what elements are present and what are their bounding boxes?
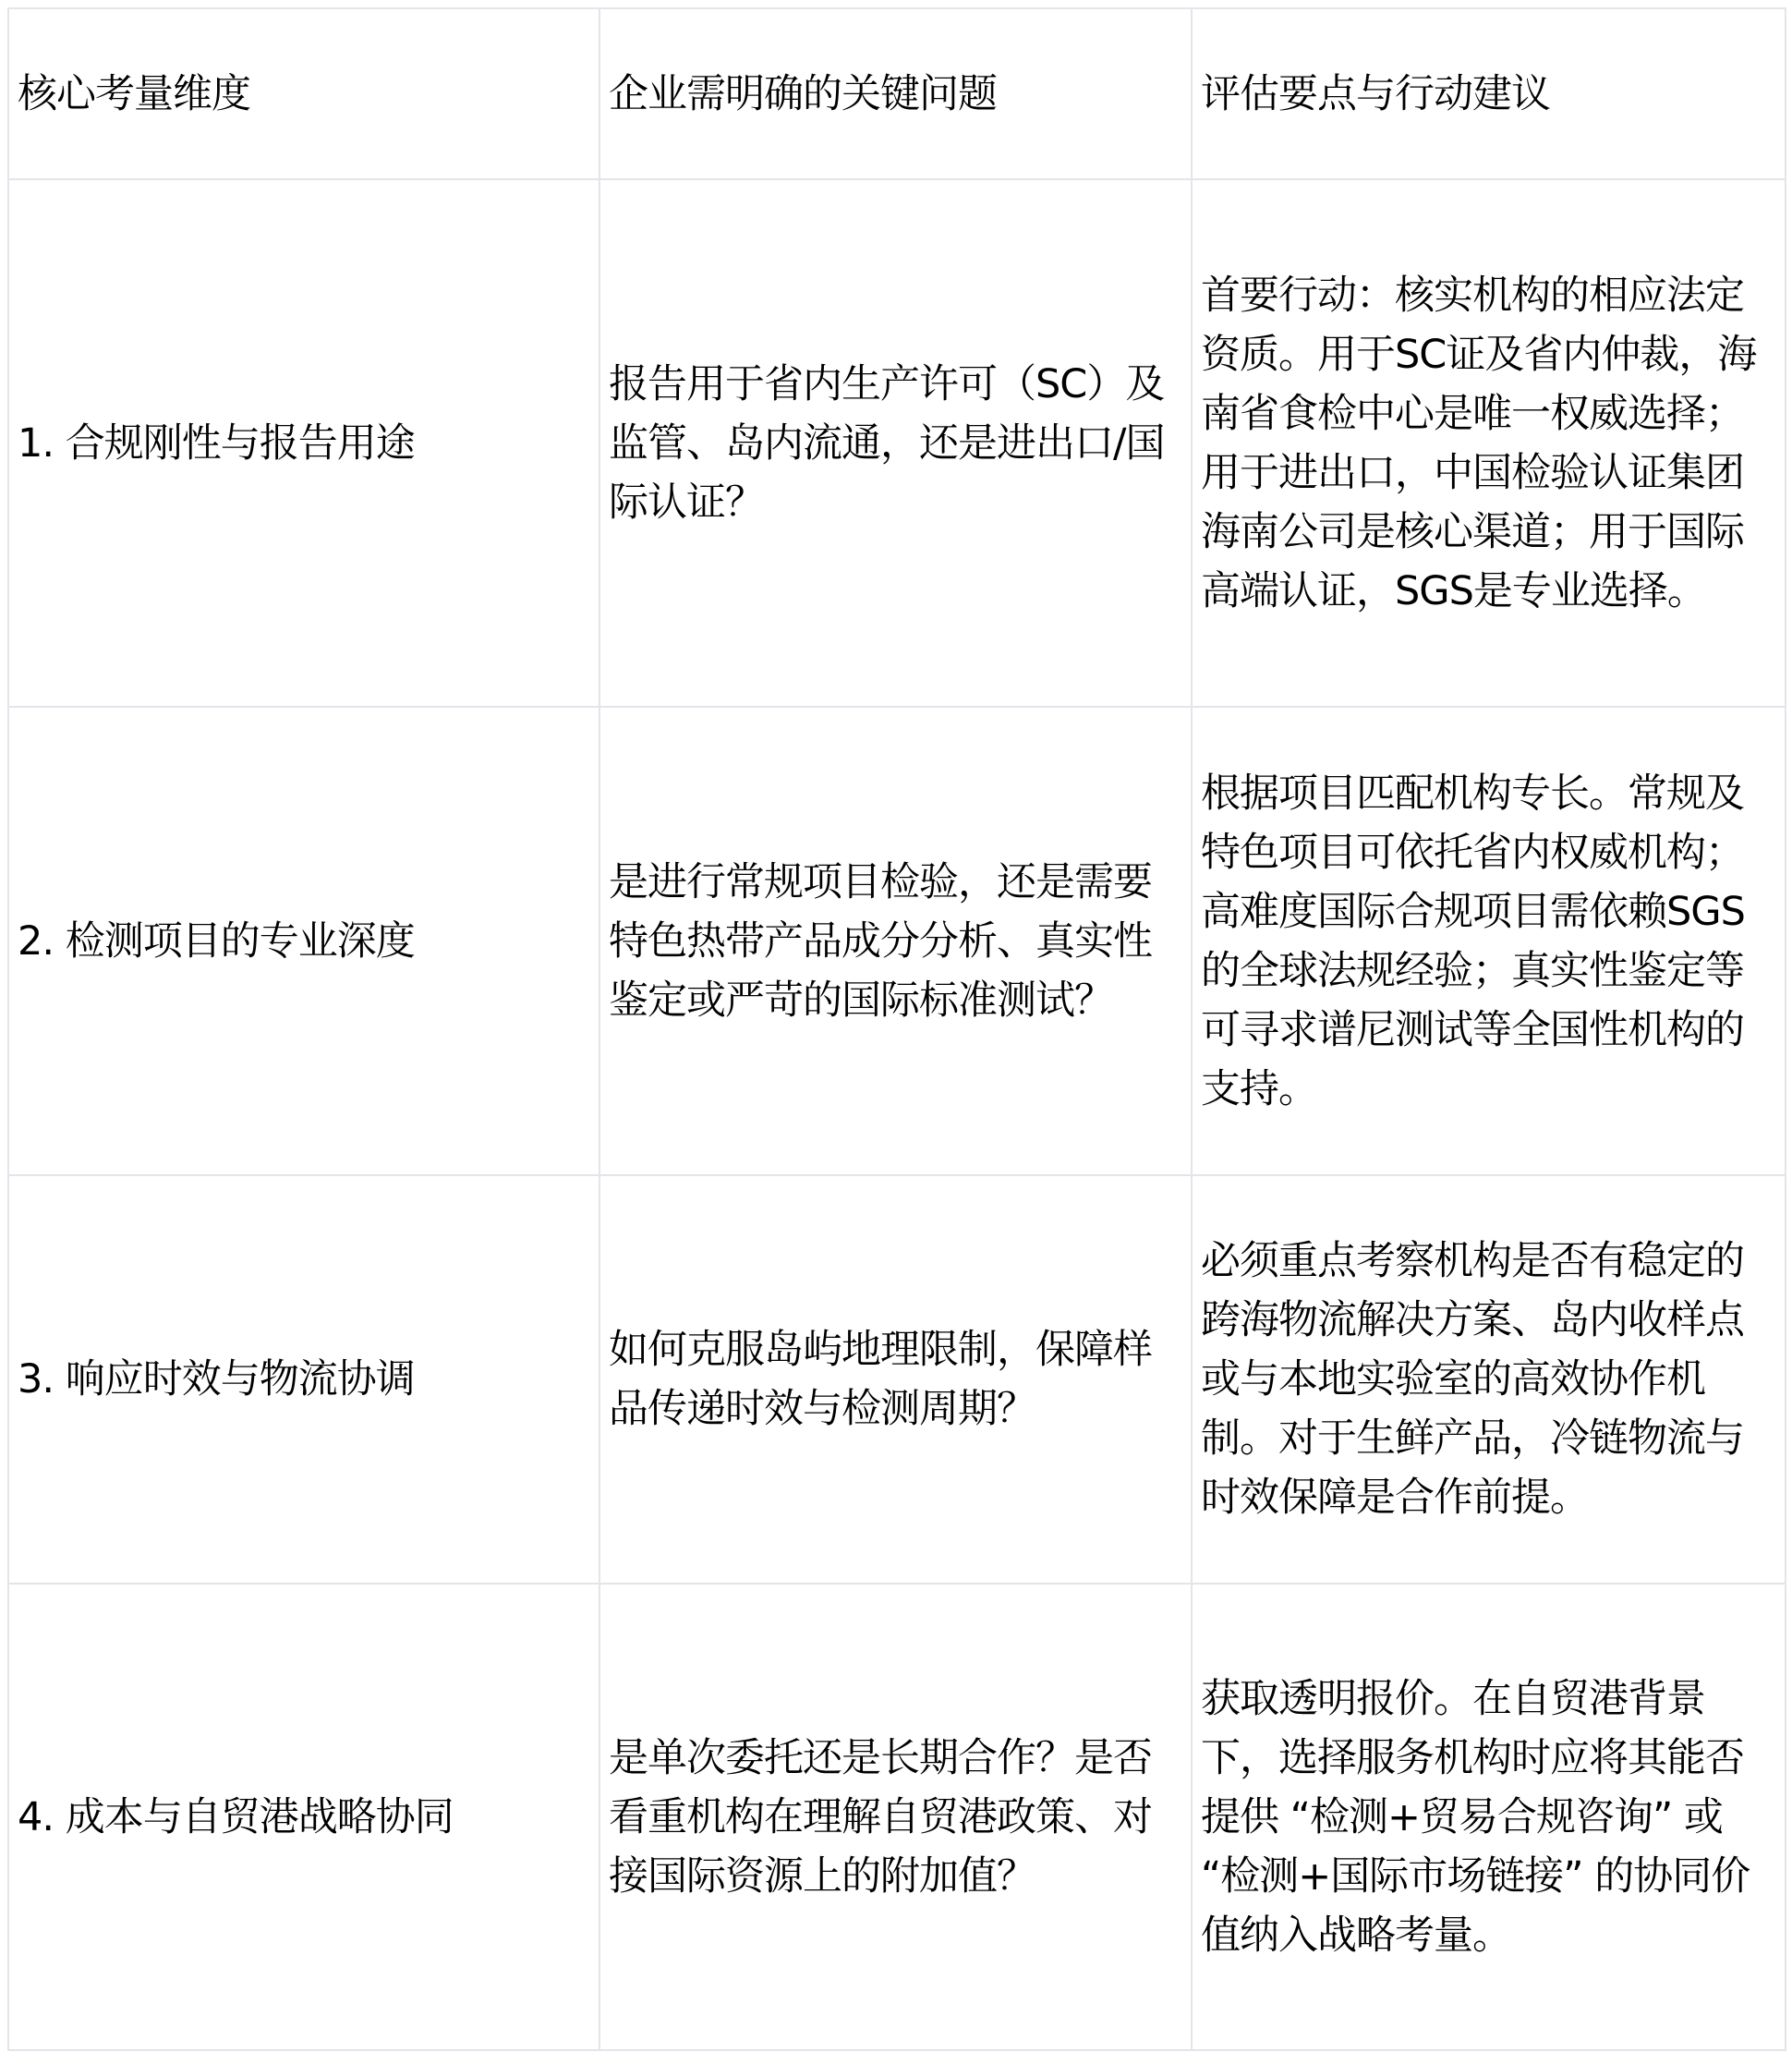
table-row: 4. 成本与自贸港战略协同 是单次委托还是长期合作？是否看重机构在理解自贸港政策… xyxy=(8,1584,1786,2050)
cell-advice: 根据项目匹配机构专长。常规及特色项目可依托省内权威机构；高难度国际合规项目需依赖… xyxy=(1192,707,1786,1175)
table-row: 2. 检测项目的专业深度 是进行常规项目检验，还是需要特色热带产品成分分析、真实… xyxy=(8,707,1786,1175)
table-row: 1. 合规刚性与报告用途 报告用于省内生产许可（SC）及监管、岛内流通，还是进出… xyxy=(8,179,1786,707)
cell-advice: 必须重点考察机构是否有稳定的跨海物流解决方案、岛内收样点或与本地实验室的高效协作… xyxy=(1192,1175,1786,1584)
cell-dimension: 1. 合规刚性与报告用途 xyxy=(8,179,599,707)
cell-question: 报告用于省内生产许可（SC）及监管、岛内流通，还是进出口/国际认证？ xyxy=(599,179,1192,707)
evaluation-matrix-table: 核心考量维度 企业需明确的关键问题 评估要点与行动建议 1. 合规刚性与报告用途… xyxy=(7,7,1786,2051)
table-header-row: 核心考量维度 企业需明确的关键问题 评估要点与行动建议 xyxy=(8,8,1786,179)
header-cell-advice: 评估要点与行动建议 xyxy=(1192,8,1786,179)
header-cell-question: 企业需明确的关键问题 xyxy=(599,8,1192,179)
cell-dimension: 3. 响应时效与物流协调 xyxy=(8,1175,599,1584)
header-cell-dimension: 核心考量维度 xyxy=(8,8,599,179)
cell-dimension: 4. 成本与自贸港战略协同 xyxy=(8,1584,599,2050)
cell-dimension: 2. 检测项目的专业深度 xyxy=(8,707,599,1175)
cell-question: 是单次委托还是长期合作？是否看重机构在理解自贸港政策、对接国际资源上的附加值？ xyxy=(599,1584,1192,2050)
cell-advice: 首要行动：核实机构的相应法定资质。用于SC证及省内仲裁，海南省食检中心是唯一权威… xyxy=(1192,179,1786,707)
cell-question: 是进行常规项目检验，还是需要特色热带产品成分分析、真实性鉴定或严苛的国际标准测试… xyxy=(599,707,1192,1175)
table-row: 3. 响应时效与物流协调 如何克服岛屿地理限制，保障样品传递时效与检测周期？ 必… xyxy=(8,1175,1786,1584)
cell-question: 如何克服岛屿地理限制，保障样品传递时效与检测周期？ xyxy=(599,1175,1192,1584)
cell-advice: 获取透明报价。在自贸港背景下，选择服务机构时应将其能否提供 “检测+贸易合规咨询… xyxy=(1192,1584,1786,2050)
